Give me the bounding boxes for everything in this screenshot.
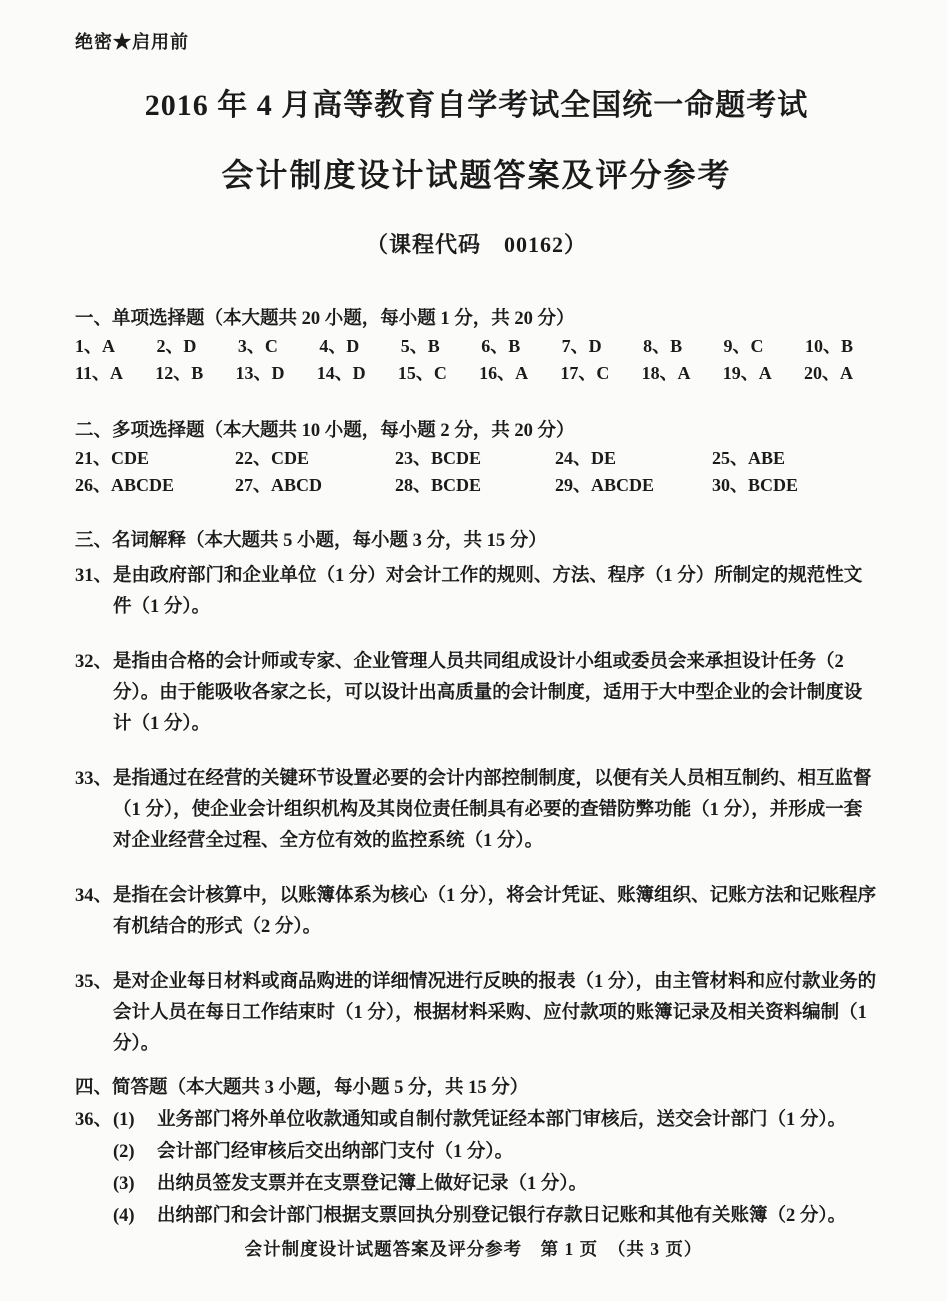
- answer-item: 6、B: [481, 333, 520, 360]
- step-number: (3): [113, 1168, 157, 1200]
- answer-text: 是对企业每日材料或商品购进的详细情况进行反映的报表（1 分），由主管材料和应付款…: [113, 967, 878, 1060]
- section-short-answer-heading: 四、简答题（本大题共 3 小题，每小题 5 分，共 15 分）: [75, 1074, 878, 1102]
- question-number: 33、: [75, 764, 113, 857]
- answer-item: 16、A: [479, 360, 528, 387]
- answer-text: 是由政府部门和企业单位（1 分）对会计工作的规则、方法、程序（1 分）所制定的规…: [113, 561, 878, 623]
- answer-item: 23、BCDE: [395, 445, 555, 472]
- answer-item: 19、A: [723, 360, 772, 387]
- exam-answer-key-page: 绝密★启用前 2016 年 4 月高等教育自学考试全国统一命题考试 会计制度设计…: [0, 0, 947, 1301]
- step-text: 会计部门经审核后交出纳部门支付（1 分）。: [157, 1136, 878, 1168]
- answer-item: 1、A: [75, 333, 115, 360]
- answer-text: 是指由合格的会计师或专家、企业管理人员共同组成设计小组或委员会来承担设计任务（2…: [113, 647, 878, 740]
- answer-item: 11、A: [75, 360, 123, 387]
- section-multi-choice: 二、多项选择题（本大题共 10 小题，每小题 2 分，共 20 分） 21、CD…: [75, 417, 878, 499]
- section-single-choice-heading: 一、单项选择题（本大题共 20 小题，每小题 1 分，共 20 分）: [75, 305, 878, 333]
- answer-q31: 31、 是由政府部门和企业单位（1 分）对会计工作的规则、方法、程序（1 分）所…: [75, 561, 878, 623]
- answer-item: 17、C: [560, 360, 609, 387]
- answer-q36-step-4: (4) 出纳部门和会计部门根据支票回执分别登记银行存款日记账和其他有关账簿（2 …: [113, 1200, 878, 1232]
- course-code: （课程代码 00162）: [75, 228, 878, 259]
- section-short-answer: 四、简答题（本大题共 3 小题，每小题 5 分，共 15 分） 36、 (1) …: [75, 1074, 878, 1232]
- question-number: 34、: [75, 881, 113, 943]
- answer-item: 25、ABE: [712, 445, 878, 472]
- classification-label: 绝密★启用前: [75, 28, 878, 54]
- answer-item: 21、CDE: [75, 445, 235, 472]
- answer-q36-step-3: (3) 出纳员签发支票并在支票登记簿上做好记录（1 分）。: [113, 1168, 878, 1200]
- answer-item: 27、ABCD: [235, 472, 395, 499]
- section-term-explanation: 三、名词解释（本大题共 5 小题，每小题 3 分，共 15 分） 31、 是由政…: [75, 527, 878, 1060]
- answer-item: 4、D: [319, 333, 359, 360]
- answer-item: 7、D: [562, 333, 602, 360]
- answer-item: 26、ABCDE: [75, 472, 235, 499]
- answer-q36-step-2: (2) 会计部门经审核后交出纳部门支付（1 分）。: [113, 1136, 878, 1168]
- question-number: 36、: [75, 1104, 113, 1136]
- answer-item: 29、ABCDE: [555, 472, 712, 499]
- question-number: 35、: [75, 967, 113, 1060]
- step-number: (4): [113, 1200, 157, 1232]
- answer-text: 是指通过在经营的关键环节设置必要的会计内部控制制度，以便有关人员相互制约、相互监…: [113, 764, 878, 857]
- step-number: (2): [113, 1136, 157, 1168]
- multi-choice-answers-row-2: 26、ABCDE 27、ABCD 28、BCDE 29、ABCDE 30、BCD…: [75, 472, 878, 499]
- answer-item: 13、D: [235, 360, 284, 387]
- answer-item: 28、BCDE: [395, 472, 555, 499]
- answer-item: 5、B: [401, 333, 440, 360]
- answer-item: 20、A: [804, 360, 853, 387]
- section-term-explanation-heading: 三、名词解释（本大题共 5 小题，每小题 3 分，共 15 分）: [75, 527, 878, 555]
- step-text: 出纳员签发支票并在支票登记簿上做好记录（1 分）。: [157, 1168, 878, 1200]
- answer-item: 2、D: [156, 333, 196, 360]
- step-text: 业务部门将外单位收款通知或自制付款凭证经本部门审核后，送交会计部门（1 分）。: [157, 1104, 878, 1136]
- multi-choice-answers-row-1: 21、CDE 22、CDE 23、BCDE 24、DE 25、ABE: [75, 445, 878, 472]
- answer-q35: 35、 是对企业每日材料或商品购进的详细情况进行反映的报表（1 分），由主管材料…: [75, 967, 878, 1060]
- answer-item: 30、BCDE: [712, 472, 878, 499]
- question-number: 31、: [75, 561, 113, 623]
- single-choice-answers-row-1: 1、A 2、D 3、C 4、D 5、B 6、B 7、D 8、B 9、C 10、B: [75, 333, 853, 360]
- answer-item: 22、CDE: [235, 445, 395, 472]
- answer-q36: 36、 (1) 业务部门将外单位收款通知或自制付款凭证经本部门审核后，送交会计部…: [75, 1104, 878, 1232]
- section-multi-choice-heading: 二、多项选择题（本大题共 10 小题，每小题 2 分，共 20 分）: [75, 417, 878, 445]
- answer-item: 24、DE: [555, 445, 712, 472]
- answer-item: 15、C: [398, 360, 447, 387]
- step-text: 出纳部门和会计部门根据支票回执分别登记银行存款日记账和其他有关账簿（2 分）。: [157, 1200, 878, 1232]
- answer-q36-step-1: 36、 (1) 业务部门将外单位收款通知或自制付款凭证经本部门审核后，送交会计部…: [75, 1104, 878, 1136]
- answer-q34: 34、 是指在会计核算中，以账簿体系为核心（1 分），将会计凭证、账簿组织、记账…: [75, 881, 878, 943]
- answer-item: 8、B: [643, 333, 682, 360]
- answer-q33: 33、 是指通过在经营的关键环节设置必要的会计内部控制制度，以便有关人员相互制约…: [75, 764, 878, 857]
- step-number: (1): [113, 1104, 157, 1136]
- section-single-choice: 一、单项选择题（本大题共 20 小题，每小题 1 分，共 20 分） 1、A 2…: [75, 305, 878, 387]
- answer-item: 9、C: [724, 333, 764, 360]
- document-title: 会计制度设计试题答案及评分参考: [75, 150, 878, 196]
- answer-q32: 32、 是指由合格的会计师或专家、企业管理人员共同组成设计小组或委员会来承担设计…: [75, 647, 878, 740]
- single-choice-answers-row-2: 11、A 12、B 13、D 14、D 15、C 16、A 17、C 18、A …: [75, 360, 853, 387]
- question-number: 32、: [75, 647, 113, 740]
- answer-item: 18、A: [642, 360, 691, 387]
- answer-item: 3、C: [238, 333, 278, 360]
- answer-item: 14、D: [317, 360, 366, 387]
- exam-title: 2016 年 4 月高等教育自学考试全国统一命题考试: [75, 80, 878, 124]
- answer-item: 12、B: [155, 360, 203, 387]
- page-footer: 会计制度设计试题答案及评分参考 第 1 页 （共 3 页）: [0, 1236, 947, 1261]
- answer-text: 是指在会计核算中，以账簿体系为核心（1 分），将会计凭证、账簿组织、记账方法和记…: [113, 881, 878, 943]
- answer-item: 10、B: [805, 333, 853, 360]
